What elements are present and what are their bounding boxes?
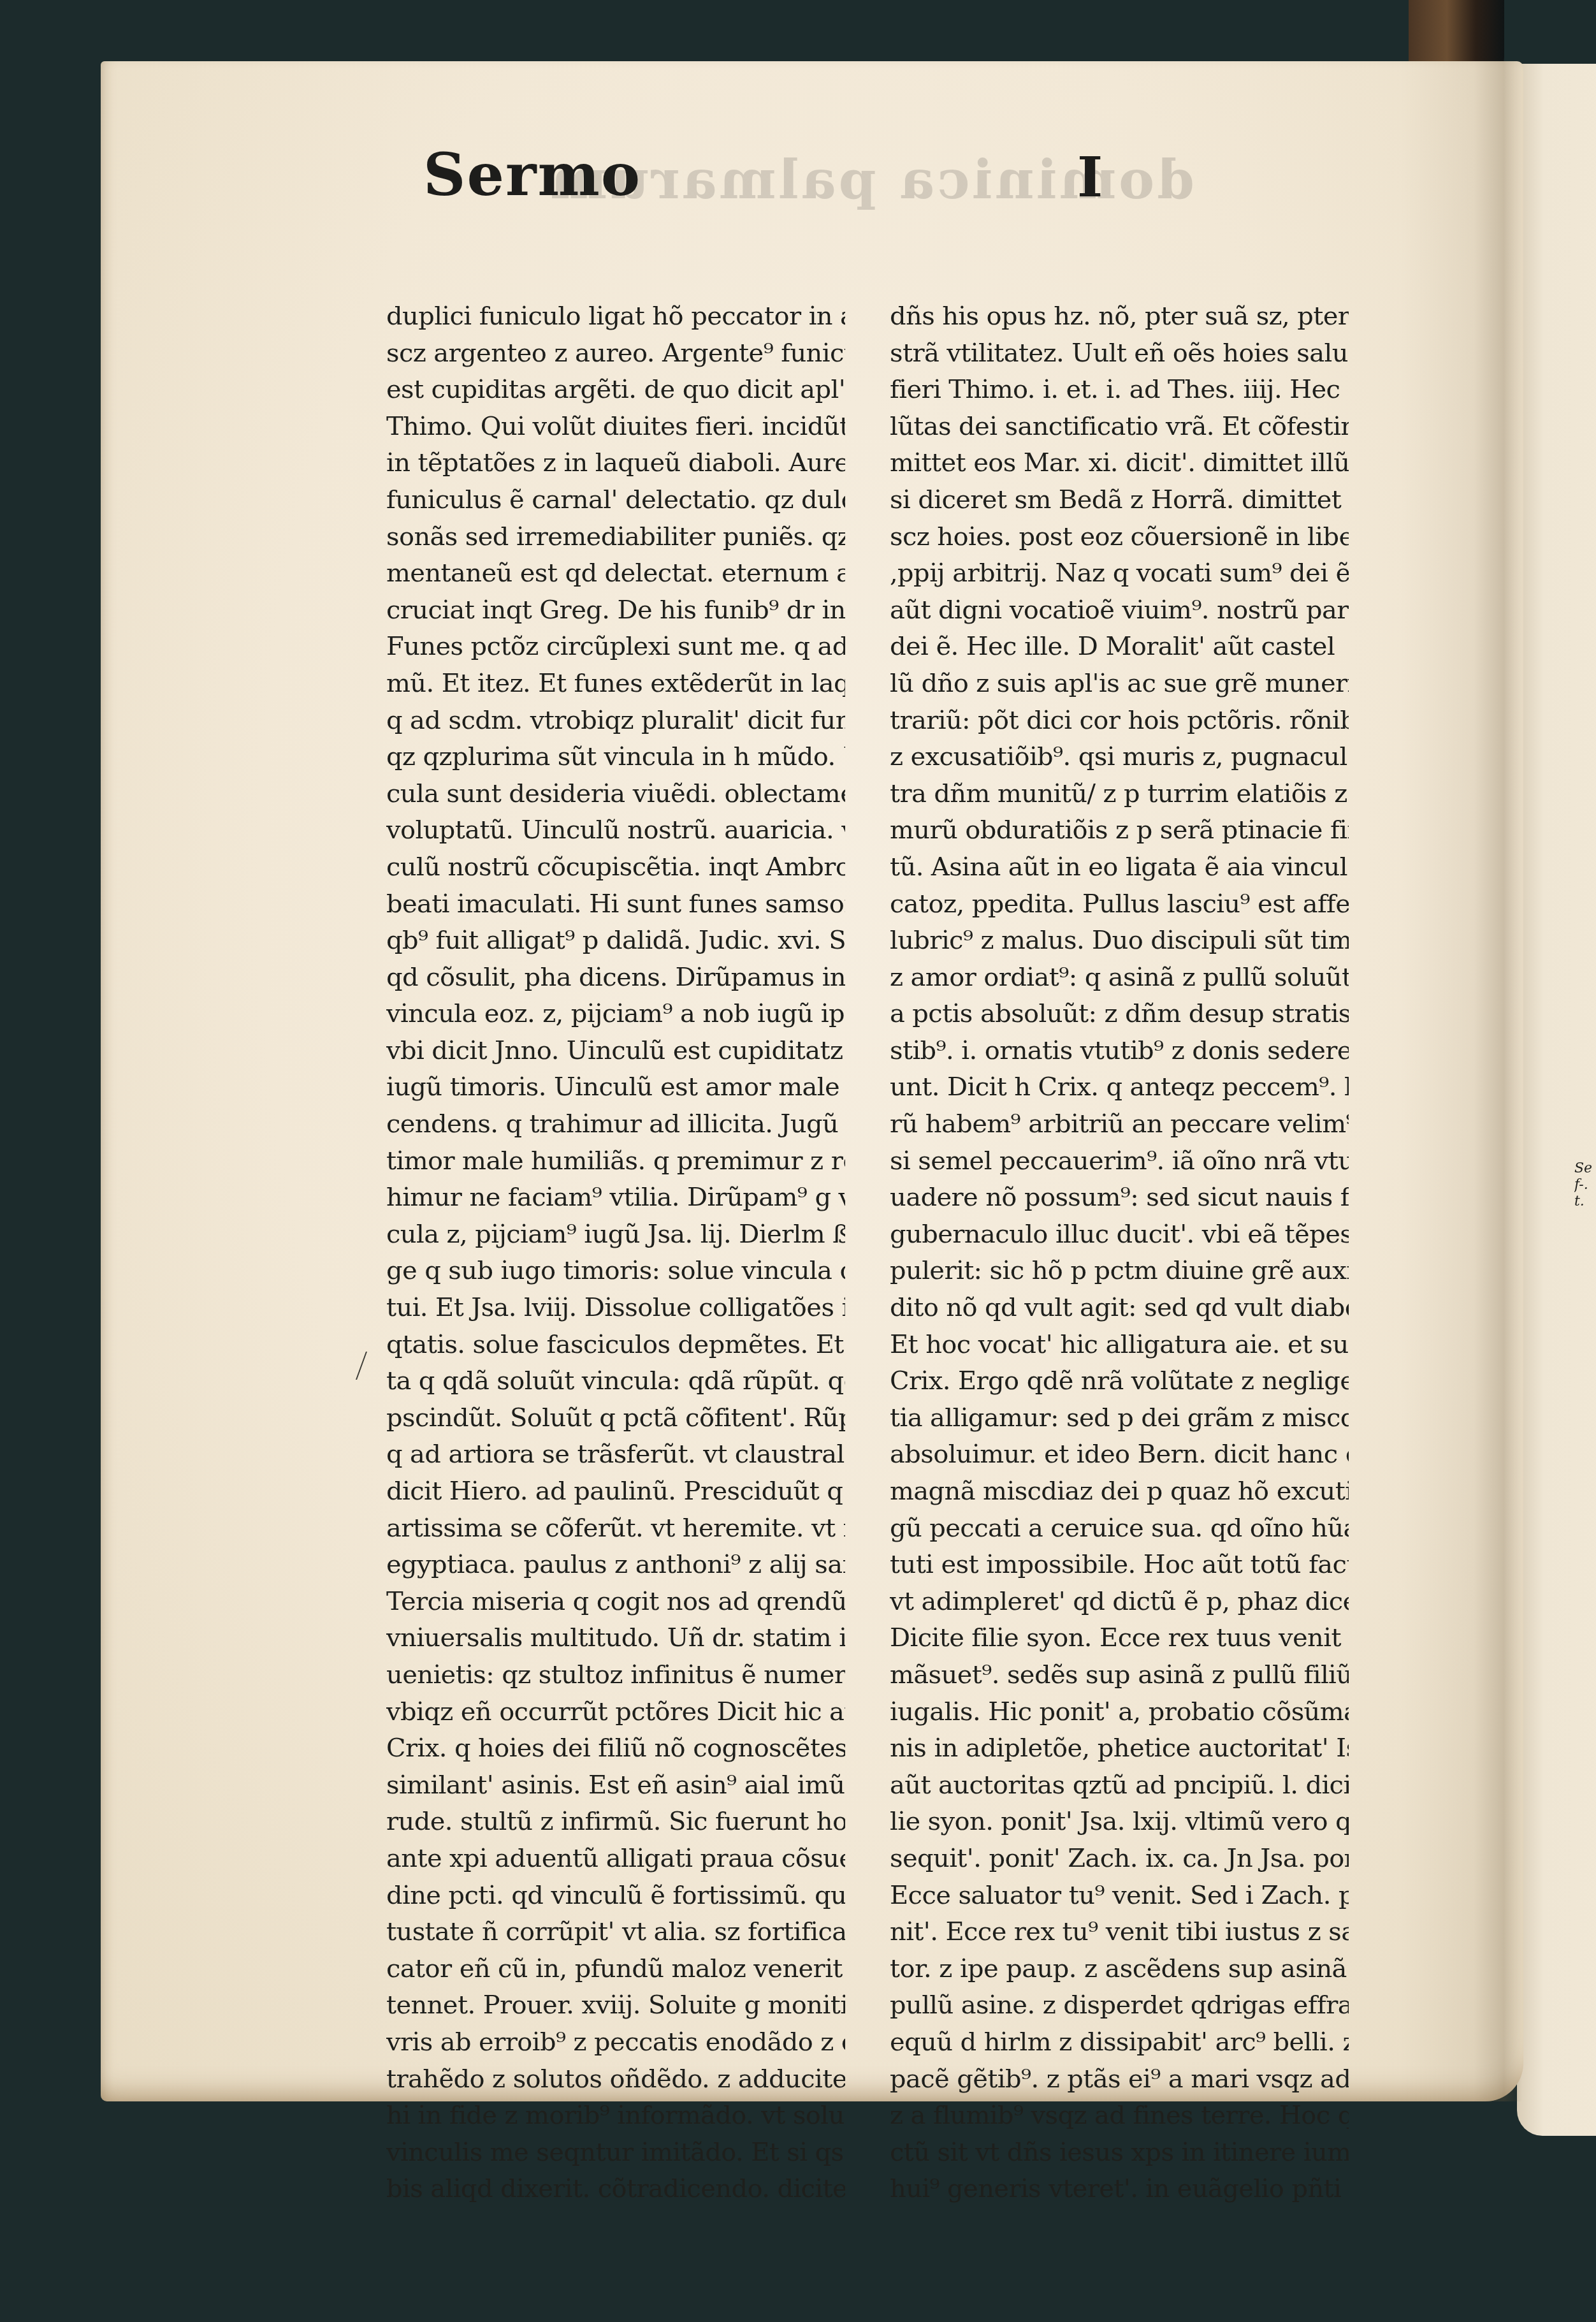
text-column-right: dñs his opus hz. nõ, pter suã sz, pter n…	[890, 298, 1349, 2208]
margin-annotation-line: t.	[1574, 1194, 1592, 1210]
text-line: cendens. q trahimur ad illicita. Jugũ es…	[386, 1106, 845, 1143]
text-line: qtatis. solue fasciculos depmẽtes. Et no	[386, 1327, 845, 1364]
text-line: hui⁹ generis vteret'. in euãgelio pñti i…	[890, 2171, 1349, 2208]
text-line: dei ẽ. Hec ille. D Moralit' aũt castel	[890, 629, 1349, 666]
text-line: tuti est impossibile. Hoc aũt totũ factũ…	[890, 1547, 1349, 1584]
text-line: hi in fide z morib⁹ informãdo. vt soluti…	[386, 2098, 845, 2135]
text-line: sequit'. ponit' Zach. ix. ca. Jn Jsa. po…	[890, 1841, 1349, 1878]
text-line: tra dñm munitũ/ z p turrim elatiõis z pe…	[890, 776, 1349, 813]
text-line: dñs his opus hz. nõ, pter suã sz, pter n…	[890, 298, 1349, 335]
text-line: lubric⁹ z malus. Duo discipuli sũt timor	[890, 923, 1349, 960]
text-line: duplici funiculo ligat hõ peccator in ai…	[386, 298, 845, 335]
text-line: egyptiaca. paulus z anthoni⁹ z alij sanc…	[386, 1547, 845, 1584]
text-line: qb⁹ fuit alligat⁹ p dalidã. Judic. xvi. …	[386, 923, 845, 960]
text-line: unt. Dicit h Crix. q anteqz peccem⁹. lib…	[890, 1069, 1349, 1106]
text-line: tennet. Prouer. xviij. Soluite g moniti	[386, 1987, 845, 2024]
text-line: strã vtilitatez. Uult eñ oẽs hoies saluo…	[890, 335, 1349, 372]
text-line: lũtas dei sanctificatio vrã. Et cõfestim…	[890, 409, 1349, 446]
text-line: ge q sub iugo timoris: solue vincula col…	[386, 1253, 845, 1290]
text-line: dito nõ qd vult agit: sed qd vult diabol…	[890, 1290, 1349, 1327]
text-line: aũt auctoritas qztũ ad pncipiũ. l. dicit…	[890, 1767, 1349, 1804]
text-line: nis in adipletõe, phetice auctoritat' Is…	[890, 1730, 1349, 1767]
text-line: magnã miscdiaz dei p quaz hõ excutit iu	[890, 1473, 1349, 1510]
text-line: vinculis me seqntur imitãdo. Et si qs vo	[386, 2135, 845, 2172]
text-line: vniuersalis multitudo. Uñ dr. statim in	[386, 1620, 845, 1657]
text-line: vt adimpleret' qd dictũ ẽ p, phaz dicent…	[890, 1584, 1349, 1621]
text-line: si diceret sm Bedã z Horrã. dimittet eos	[890, 482, 1349, 519]
text-line: qd cõsulit, pha dicens. Dirũpamus inqt	[386, 960, 845, 997]
text-line: Tercia miseria q cogit nos ad qrendũ est	[386, 1584, 845, 1621]
text-line: pacẽ gẽtib⁹. z ptãs ei⁹ a mari vsqz ad m…	[890, 2061, 1349, 2098]
text-line: rũ habem⁹ arbitriũ an peccare velim⁹. q	[890, 1106, 1349, 1143]
text-line: Crix. q hoies dei filiũ nõ cognoscẽtes a…	[386, 1730, 845, 1767]
text-line: uenietis: qz stultoz infinitus ẽ numerus…	[386, 1657, 845, 1694]
text-line: fieri Thimo. i. et. i. ad Thes. iiij. He…	[890, 372, 1349, 409]
text-line: gũ peccati a ceruice sua. qd oĩno hũane …	[890, 1510, 1349, 1547]
text-line: Ecce saluator tu⁹ venit. Sed i Zach. po	[890, 1878, 1349, 1915]
text-line: gubernaculo illuc ducit'. vbi eã tẽpesta…	[890, 1216, 1349, 1253]
text-line: est cupiditas argẽti. de quo dicit apl's…	[386, 372, 845, 409]
text-line: tustate ñ corrũpit' vt alia. sz fortific…	[386, 1914, 845, 1951]
text-line: si semel peccauerim⁹. iã oĩno nrã vtute …	[890, 1143, 1349, 1180]
text-line: beati imaculati. Hi sunt funes samsonis.	[386, 886, 845, 923]
text-line: cula sunt desideria viuẽdi. oblectamenta	[386, 776, 845, 813]
text-line: tia alligamur: sed p dei grãm z miscdiam	[890, 1400, 1349, 1437]
text-line: Et hoc vocat' hic alligatura aie. et sub…	[890, 1327, 1349, 1364]
text-line: q ad artiora se trãsferũt. vt claustrale…	[386, 1436, 845, 1473]
facing-page-edge	[1517, 64, 1596, 2136]
text-line: dicit Hiero. ad paulinũ. Presciduũt q ad	[386, 1473, 845, 1510]
text-line: ctũ sit vt dñs iesus xps in itinere iumẽ…	[890, 2135, 1349, 2172]
text-line: ,ppij arbitrij. Naz q vocati sum⁹ dei ẽ.…	[890, 555, 1349, 592]
text-line: a pctis absoluũt: z dñm desup stratis ve	[890, 996, 1349, 1033]
text-line: mentaneũ est qd delectat. eternum aũt qd	[386, 555, 845, 592]
text-line: lie syon. ponit' Jsa. lxij. vltimũ vero …	[890, 1804, 1349, 1841]
text-line: dine pcti. qd vinculũ ẽ fortissimũ. quia…	[386, 1878, 845, 1915]
text-line: iugalis. Hic ponit' a, probatio cõsũmatõ	[890, 1694, 1349, 1731]
margin-annotation-line: Se	[1574, 1160, 1592, 1177]
text-line: pulerit: sic hõ p pctm diuine grẽ auxili…	[890, 1253, 1349, 1290]
text-line: voluptatũ. Uinculũ nostrũ. auaricia. vin	[386, 812, 845, 849]
text-line: qz qzplurima sũt vincula in h mũdo. Uin	[386, 739, 845, 776]
text-line: stib⁹. i. ornatis vtutib⁹ z donis sedere…	[890, 1033, 1349, 1070]
text-line: nit'. Ecce rex tu⁹ venit tibi iustus z s…	[890, 1914, 1349, 1951]
text-line: mũ. Et itez. Et funes extẽderũt in laquz	[386, 666, 845, 703]
text-line: z amor ordiat⁹: q asinã z pullũ soluũt d…	[890, 960, 1349, 997]
text-line: vincula eoz. z, pijciam⁹ a nob iugũ ipoz…	[386, 996, 845, 1033]
text-line: iugũ timoris. Uinculũ est amor male ac	[386, 1069, 845, 1106]
text-line: tui. Et Jsa. lviij. Dissolue colligatões…	[386, 1290, 845, 1327]
text-line: vris ab erroib⁹ z peccatis enodãdo z ex	[386, 2024, 845, 2061]
text-line: trahẽdo z solutos oñdẽdo. z adducite mi	[386, 2061, 845, 2098]
text-line: z excusatiõib⁹. qsi muris z, pugnacul' c…	[890, 739, 1349, 776]
text-line: pullũ asine. z disperdet qdrigas effraiz…	[890, 1987, 1349, 2024]
margin-annotation: Sef-.t.	[1574, 1160, 1592, 1210]
text-line: pscindũt. Soluũt q pctã cõfitent'. Rũpũt	[386, 1400, 845, 1437]
text-line: ta q qdã soluũt vincula: qdã rũpũt. qdaz	[386, 1363, 845, 1400]
text-line: cator eñ cũ in, pfundũ maloz venerit cõ	[386, 1951, 845, 1988]
text-line: q ad scdm. vtrobiqz pluralit' dicit fune…	[386, 703, 845, 740]
text-line: ante xpi aduentũ alligati praua cõsuetu	[386, 1841, 845, 1878]
text-line: murũ obduratiõis z p serã ptinacie firma	[890, 812, 1349, 849]
text-line: mittet eos Mar. xi. dicit'. dimittet ill…	[890, 445, 1349, 482]
running-head-title: Sermo	[423, 140, 641, 209]
text-line: bis aliqd dixerit. cõtradicendo. dicite.…	[386, 2171, 845, 2208]
text-line: catoz, ppedita. Pullus lasciu⁹ est affec…	[890, 886, 1349, 923]
text-line: lũ dño z suis apl'is ac sue grẽ munerib⁹…	[890, 666, 1349, 703]
text-line: funiculus ẽ carnal' delectatio. qz dulci…	[386, 482, 845, 519]
text-line: in tẽptatões z in laqueũ diaboli. Aure⁹	[386, 445, 845, 482]
text-line: equũ d hirlm z dissipabit' arc⁹ belli. z…	[890, 2024, 1349, 2061]
text-line: tũ. Asina aũt in eo ligata ẽ aia vincul'…	[890, 849, 1349, 886]
text-line: Crix. Ergo qdẽ nrã volũtate z negligen	[890, 1363, 1349, 1400]
text-line: vbi dicit Jnno. Uinculũ est cupiditatz: …	[386, 1033, 845, 1070]
text-line: artissima se cõferũt. vt heremite. vt ma…	[386, 1510, 845, 1547]
text-line: vbiqz eñ occurrũt pctõres Dicit hic aute	[386, 1694, 845, 1731]
text-line: rude. stultũ z infirmũ. Sic fuerunt hoie…	[386, 1804, 845, 1841]
text-line: timor male humiliãs. q premimur z retra	[386, 1143, 845, 1180]
text-line: himur ne faciam⁹ vtilia. Dirũpam⁹ g vi	[386, 1179, 845, 1216]
text-line: scz hoies. post eoz cõuersionẽ in libert…	[890, 519, 1349, 556]
text-line: uadere nõ possum⁹: sed sicut nauis fract…	[890, 1179, 1349, 1216]
text-line: tor. z ipe paup. z ascẽdens sup asinã z …	[890, 1951, 1349, 1988]
text-line: similant' asinis. Est eñ asin⁹ aial imũd…	[386, 1767, 845, 1804]
text-line: mãsuet⁹. sedẽs sup asinã z pullũ filiũ s…	[890, 1657, 1349, 1694]
text-line: Thimo. Qui volũt diuites fieri. incidũt	[386, 409, 845, 446]
text-line: Funes pctõz circũplexi sunt me. q ad pri	[386, 629, 845, 666]
text-line: culũ nostrũ cõcupiscẽtia. inqt Ambro. su…	[386, 849, 845, 886]
text-line: z a flumib⁹ vsqz ad fines terre. Hoc qñ …	[890, 2098, 1349, 2135]
text-line: Dicite filie syon. Ecce rex tuus venit t…	[890, 1620, 1349, 1657]
page-gutter-shadow	[1401, 61, 1522, 2101]
text-column-left: duplici funiculo ligat hõ peccator in ai…	[386, 298, 845, 2208]
text-line: scz argenteo z aureo. Argente⁹ funiculus	[386, 335, 845, 372]
text-line: cruciat inqt Greg. De his funib⁹ dr in p…	[386, 592, 845, 629]
text-line: aũt digni vocatioẽ viuim⁹. nostrũ parit'…	[890, 592, 1349, 629]
text-line: cula z, pijciam⁹ iugũ Jsa. lij. Dierlm ß…	[386, 1216, 845, 1253]
margin-annotation-line: f-.	[1574, 1177, 1592, 1194]
text-line: sonãs sed irremediabiliter puniẽs. qz mo	[386, 519, 845, 556]
text-line: trariũ: põt dici cor hois pctõris. rõnib…	[890, 703, 1349, 740]
folio-number: I	[1077, 145, 1103, 210]
text-line: absoluimur. et ideo Bern. dicit hanc ess…	[890, 1436, 1349, 1473]
